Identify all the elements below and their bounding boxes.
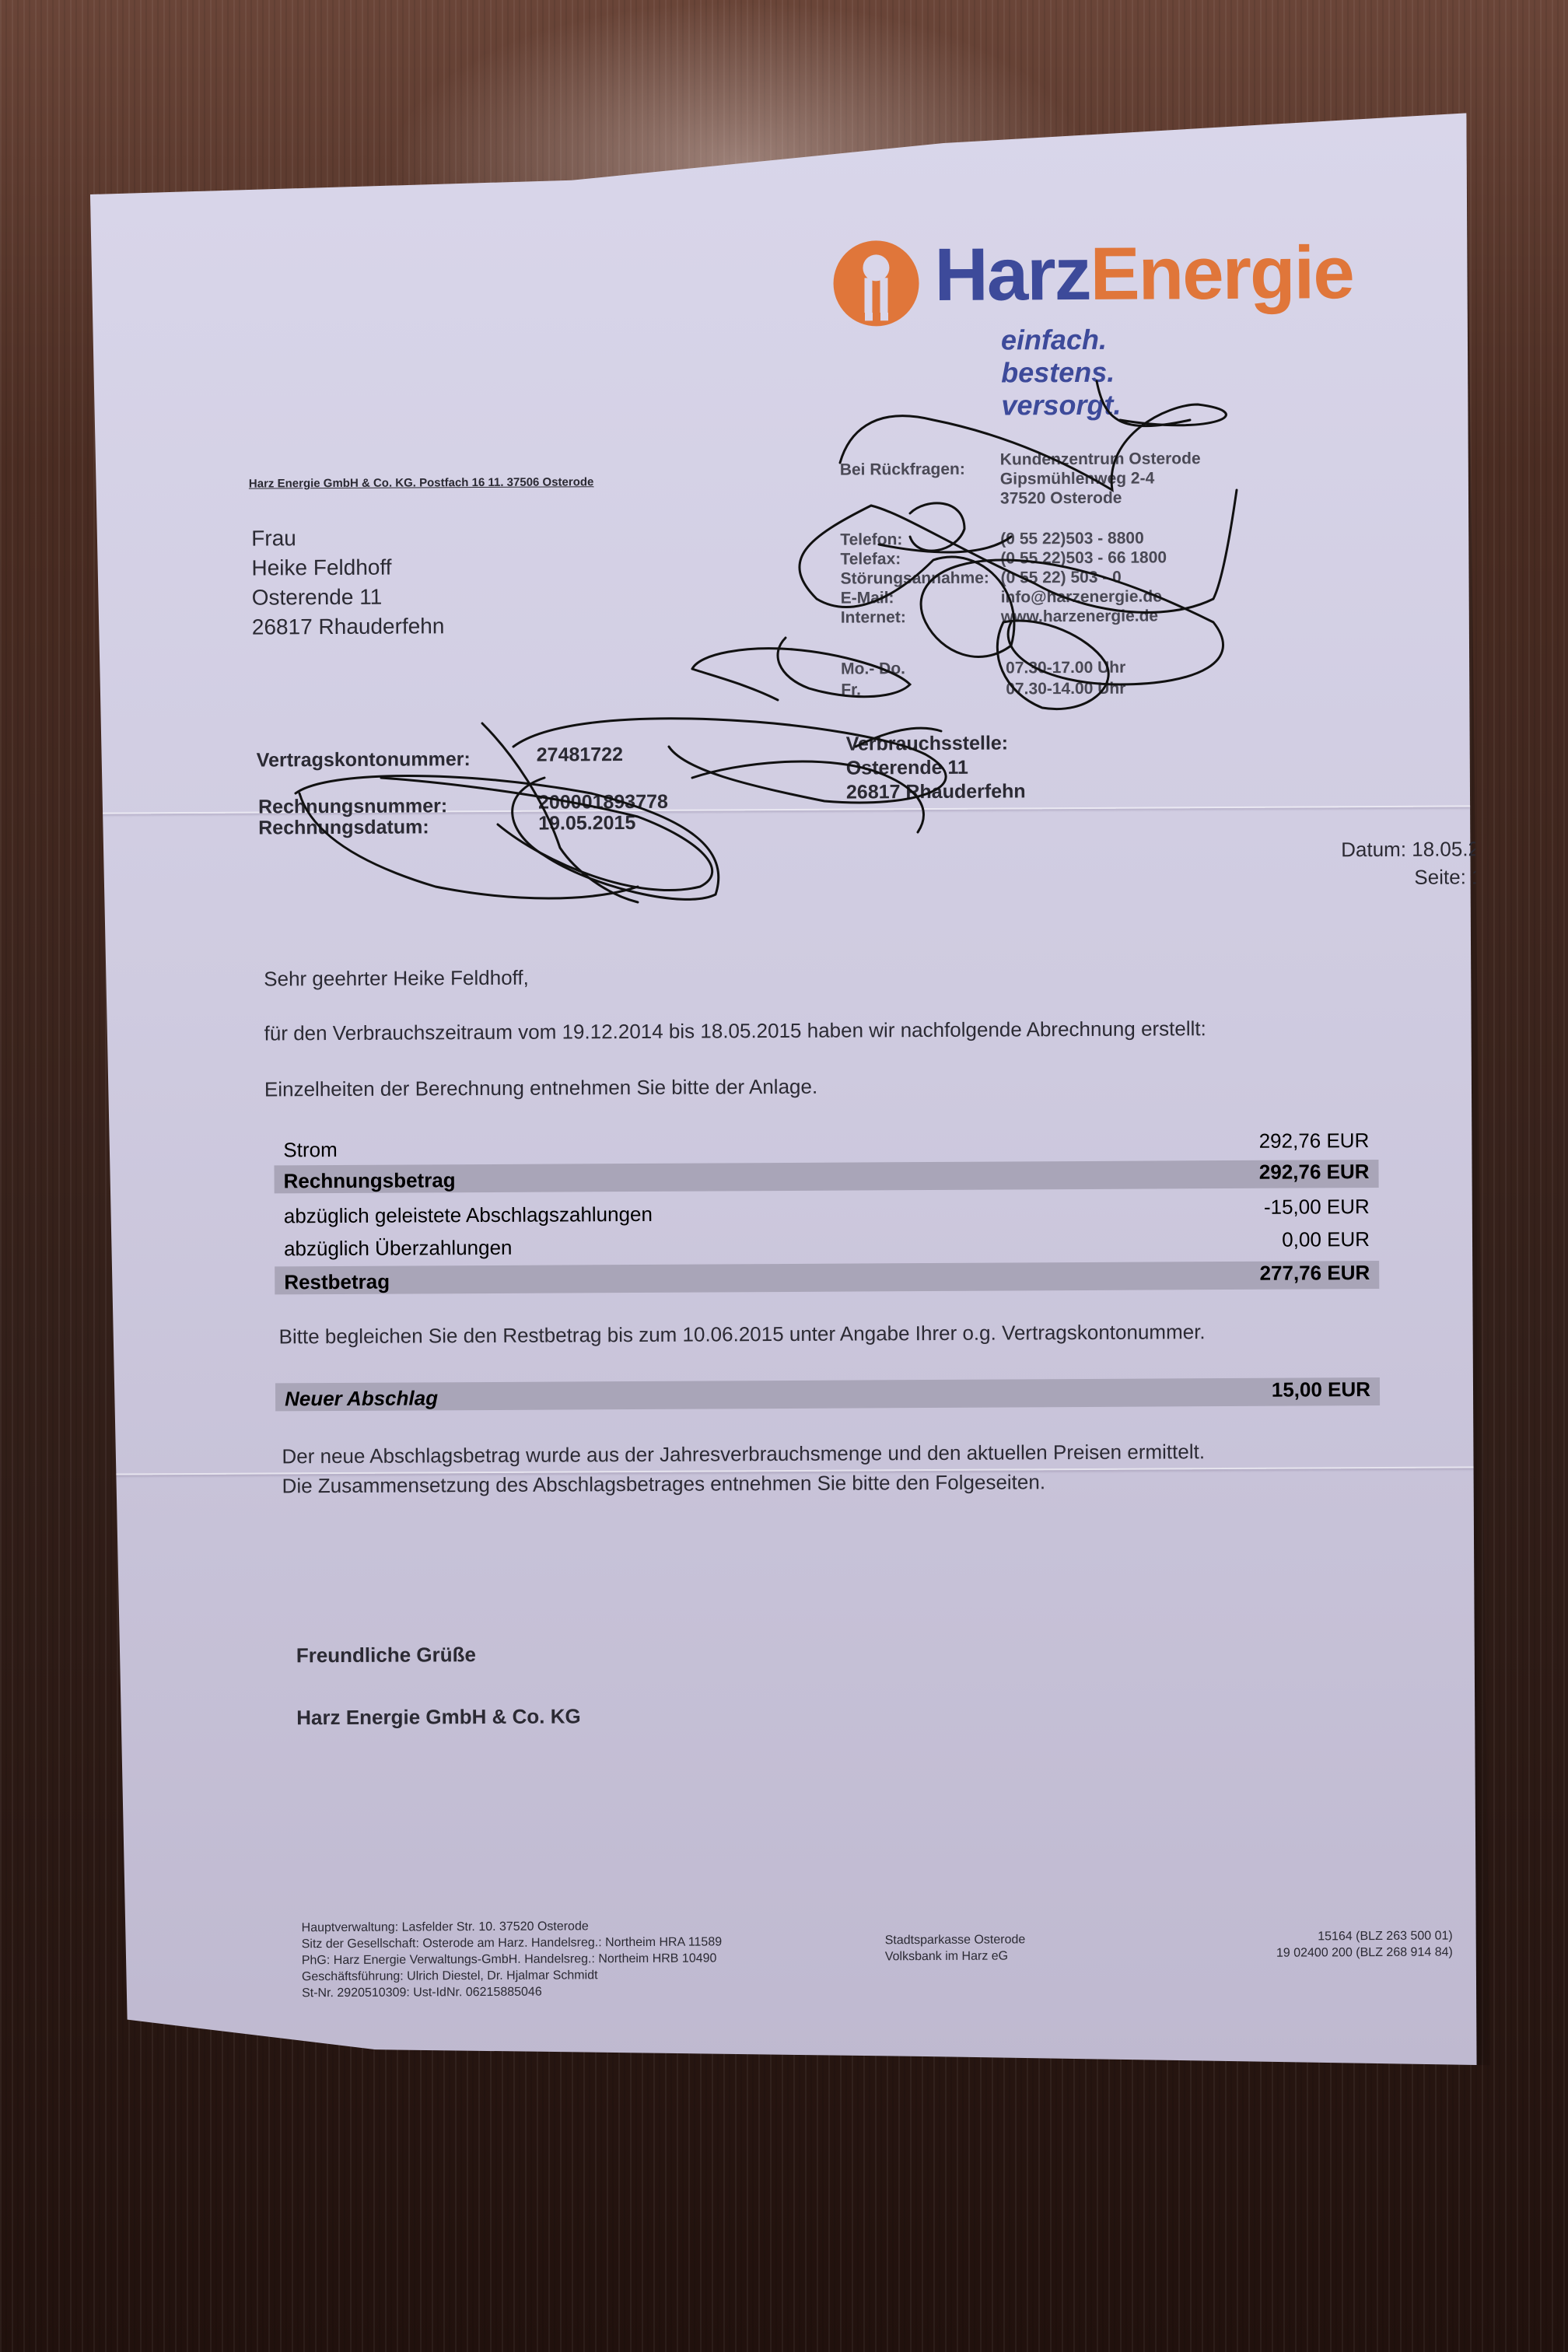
invoice-letter: HarzEnergie einfach. bestens. versorgt. … — [89, 113, 1476, 2072]
greeting: Sehr geehrter Heike Feldhoff, — [264, 966, 529, 992]
contract-account-label: Vertragskontonummer: — [257, 748, 471, 772]
footer-line: St-Nr. 2920510309: Ust-IdNr. 06215885046 — [302, 1983, 722, 2001]
bank-account: 19 02400 200 (BLZ 268 914 84) — [1173, 1944, 1453, 1962]
footer-bank-accounts: 15164 (BLZ 263 500 01)19 02400 200 (BLZ … — [1173, 1928, 1453, 1962]
billing-row: abzüglich geleistete Abschlagszahlungen-… — [275, 1195, 1379, 1228]
bank-name: Volksbank im Harz eG — [885, 1948, 1026, 1965]
invoice-number-value: 200001893778 — [538, 791, 668, 814]
billing-row-label: Rechnungsbetrag — [284, 1168, 456, 1193]
sender-return-line: Harz Energie GmbH & Co. KG. Postfach 16 … — [249, 475, 594, 490]
letter-date: Datum: 18.05.2015 — [1202, 835, 1513, 864]
payment-request: Bitte begleichen Sie den Restbetrag bis … — [279, 1320, 1206, 1349]
footer-line: Sitz der Gesellschaft: Osterode am Harz.… — [302, 1934, 722, 1952]
billing-row: Rechnungsbetrag292,76 EUR — [274, 1160, 1378, 1193]
recipient-address: Frau Heike Feldhoff Osterende 11 26817 R… — [251, 523, 444, 642]
installment-note: Der neue Abschlagsbetrag wurde aus der J… — [282, 1437, 1205, 1500]
footer-bank-names: Stadtsparkasse OsterodeVolksbank im Harz… — [885, 1931, 1026, 1965]
invoice-date-value: 19.05.2015 — [538, 812, 635, 835]
billing-row-amount: 292,76 EUR — [1259, 1129, 1370, 1153]
consumption-point: Verbrauchsstelle: Osterende 11 26817 Rha… — [846, 731, 1026, 804]
billing-row-label: Restbetrag — [284, 1270, 390, 1295]
footer-line: Geschäftsführung: Ulrich Diestel, Dr. Hj… — [302, 1966, 722, 1985]
billing-row-amount: -15,00 EUR — [1264, 1195, 1370, 1220]
contact-heading: Bei Rückfragen: — [840, 460, 965, 480]
invoice-number-label: Rechnungsnummer: — [258, 795, 447, 818]
bank-name: Stadtsparkasse Osterode — [885, 1931, 1026, 1948]
footer-line: Hauptverwaltung: Lasfelder Str. 10. 3752… — [302, 1917, 722, 1936]
invoice-date-label: Rechnungsdatum: — [258, 816, 429, 839]
contract-account-value: 27481722 — [537, 744, 623, 767]
new-installment-row: Neuer Abschlag 15,00 EUR — [275, 1377, 1380, 1411]
billing-row-amount: 292,76 EUR — [1259, 1160, 1370, 1185]
fax-number: (0 55 22)503 - 66 1800 — [1000, 548, 1167, 568]
recipient-salutation: Frau — [251, 523, 444, 553]
billing-row-amount: 277,76 EUR — [1259, 1261, 1370, 1286]
logo-figure-icon — [833, 240, 919, 327]
closing: Freundliche Grüße — [296, 1643, 476, 1668]
billing-row: Strom292,76 EUR — [274, 1129, 1378, 1162]
billing-row-amount: 0,00 EUR — [1282, 1227, 1370, 1252]
recipient-street: Osterende 11 — [252, 582, 445, 612]
date-block: Datum: 18.05.2015 Seite: 1 (2) — [1202, 835, 1513, 892]
billing-row-label: Strom — [283, 1138, 338, 1162]
contact-details: Telefon:(0 55 22)503 - 8800 Telefax:(0 5… — [840, 530, 989, 628]
recipient-city: 26817 Rhauderfehn — [252, 611, 445, 642]
billing-row: abzüglich Überzahlungen0,00 EUR — [275, 1227, 1379, 1261]
recipient-name: Heike Feldhoff — [251, 552, 444, 583]
fault-hotline: (0 55 22) 503 - 0 — [1000, 568, 1121, 588]
page-number: Seite: 1 (2) — [1202, 863, 1513, 892]
billing-row-label: abzüglich Überzahlungen — [284, 1236, 513, 1262]
logo-tagline: einfach. bestens. versorgt. — [1001, 324, 1122, 422]
bank-account: 15164 (BLZ 263 500 01) — [1173, 1928, 1453, 1946]
opening-hours: Mo.- Do.07.30-17.00 Uhr Fr.07.30-14.00 U… — [841, 659, 905, 701]
billing-row: Restbetrag277,76 EUR — [275, 1261, 1379, 1294]
phone-number: (0 55 22)503 - 8800 — [1000, 529, 1144, 549]
signature-company: Harz Energie GmbH & Co. KG — [296, 1704, 581, 1730]
footer-company-info: Hauptverwaltung: Lasfelder Str. 10. 3752… — [302, 1917, 723, 2001]
logo-wordmark: HarzEnergie — [934, 230, 1353, 318]
website-link[interactable]: www.harzenergie.de — [1001, 606, 1158, 626]
footer-line: PhG: Harz Energie Verwaltungs-GmbH. Hand… — [302, 1950, 722, 1969]
contact-address: Kundenzentrum Osterode Gipsmühlenweg 2-4… — [1000, 449, 1201, 508]
details-text: Einzelheiten der Berechnung entnehmen Si… — [264, 1075, 817, 1102]
email-link[interactable]: info@harzenergie.de — [1001, 586, 1162, 607]
intro-text: für den Verbrauchszeitraum vom 19.12.201… — [264, 1017, 1206, 1045]
billing-row-label: abzüglich geleistete Abschlagszahlungen — [284, 1202, 653, 1228]
billing-table: Strom292,76 EURRechnungsbetrag292,76 EUR… — [89, 113, 1466, 120]
